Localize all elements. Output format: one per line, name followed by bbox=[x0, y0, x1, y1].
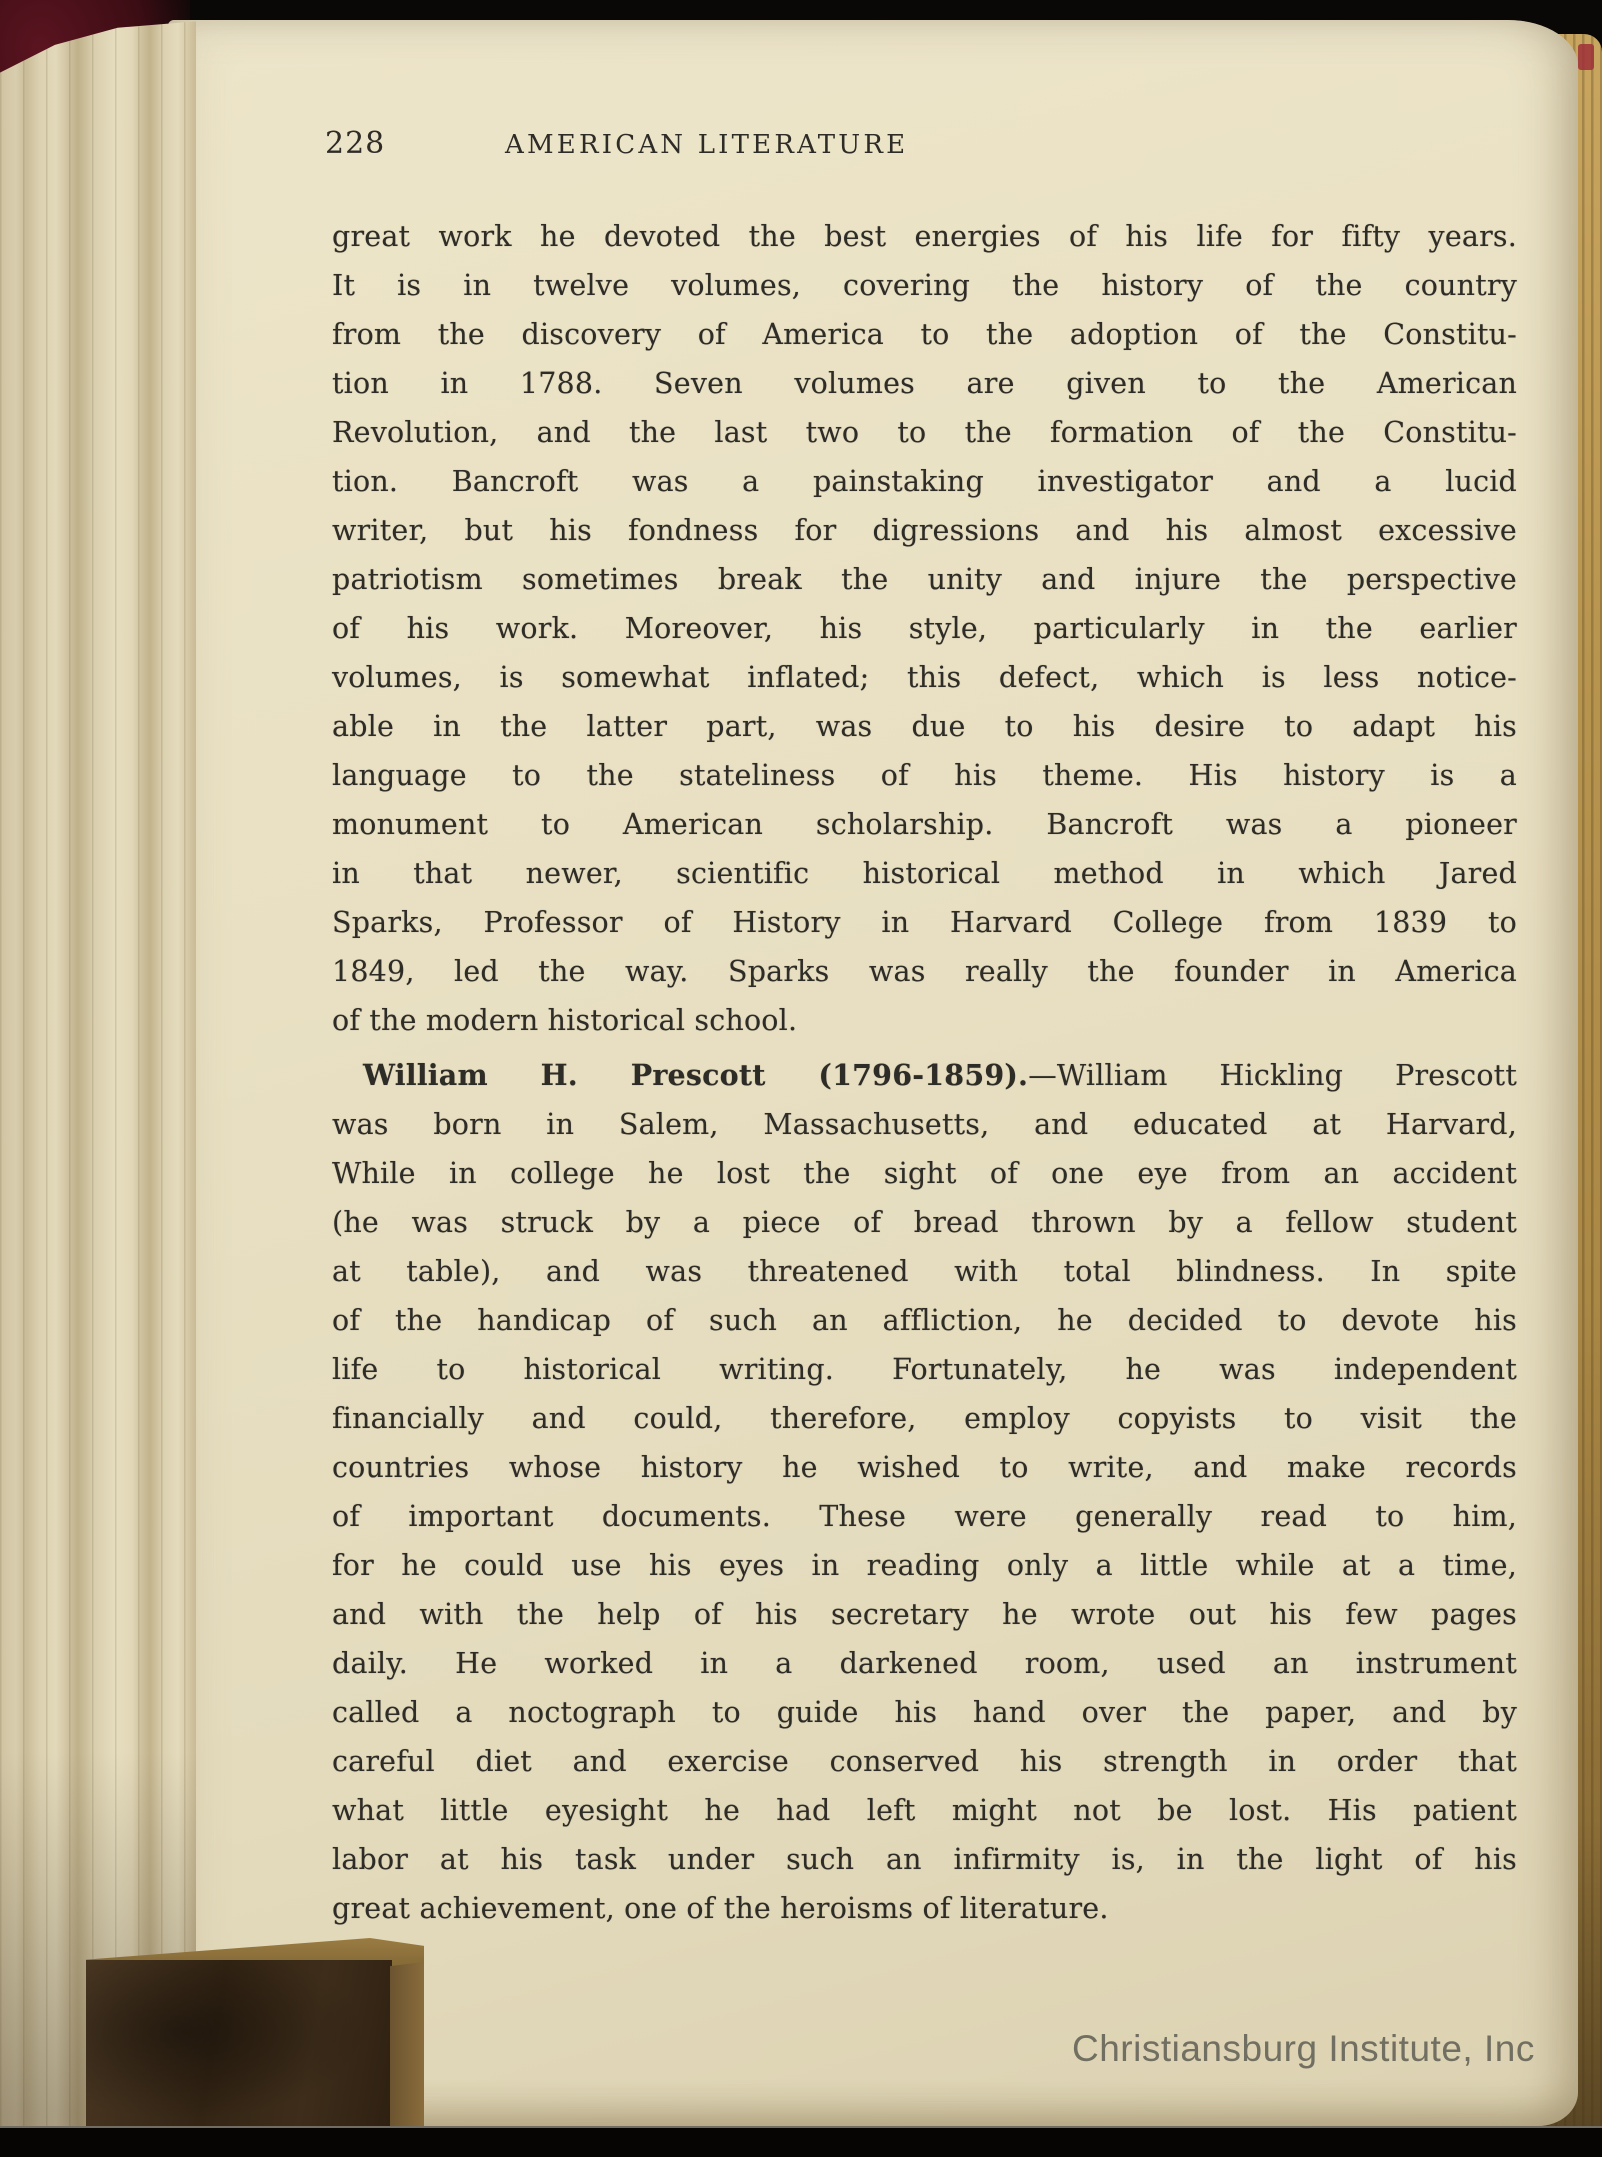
text-line: labor at his task under such an infirmit… bbox=[332, 1835, 1517, 1884]
text-line: for he could use his eyes in reading onl… bbox=[332, 1541, 1517, 1590]
text-line: It is in twelve volumes, covering the hi… bbox=[332, 261, 1517, 310]
text-line: of his work. Moreover, his style, partic… bbox=[332, 604, 1517, 653]
text-line: called a noctograph to guide his hand ov… bbox=[332, 1688, 1517, 1737]
watermark-text: Christiansburg Institute, Inc bbox=[1072, 2028, 1535, 2070]
text-line: great achievement, one of the heroisms o… bbox=[332, 1884, 1517, 1933]
text-line: volumes, is somewhat inflated; this defe… bbox=[332, 653, 1517, 702]
text-line: daily. He worked in a darkened room, use… bbox=[332, 1639, 1517, 1688]
book-page: 228 AMERICAN LITERATURE great work he de… bbox=[168, 20, 1578, 2126]
text-line: in that newer, scientific historical met… bbox=[332, 849, 1517, 898]
paragraph: William H. Prescott (1796-1859).—William… bbox=[332, 1051, 1517, 1933]
text-line: financially and could, therefore, employ… bbox=[332, 1394, 1517, 1443]
left-page-edges bbox=[0, 0, 196, 2136]
text-line: and with the help of his secretary he wr… bbox=[332, 1590, 1517, 1639]
book-photo: 228 AMERICAN LITERATURE great work he de… bbox=[0, 0, 1602, 2157]
text-line: able in the latter part, was due to his … bbox=[332, 702, 1517, 751]
text-line: While in college he lost the sight of on… bbox=[332, 1149, 1517, 1198]
text-line: careful diet and exercise conserved his … bbox=[332, 1737, 1517, 1786]
text-line: Revolution, and the last two to the form… bbox=[332, 408, 1517, 457]
text-line: language to the stateliness of his theme… bbox=[332, 751, 1517, 800]
text-line: great work he devoted the best energies … bbox=[332, 212, 1517, 261]
wooden-block-side-face bbox=[390, 1962, 424, 2136]
text-line: what little eyesight he had left might n… bbox=[332, 1786, 1517, 1835]
wooden-block bbox=[86, 1938, 424, 2132]
page-title: AMERICAN LITERATURE bbox=[505, 128, 908, 162]
text-line: of the modern historical school. bbox=[332, 996, 1517, 1045]
paragraph: great work he devoted the best energies … bbox=[332, 212, 1517, 1045]
text-line: was born in Salem, Massachusetts, and ed… bbox=[332, 1100, 1517, 1149]
text-line: writer, but his fondness for digressions… bbox=[332, 506, 1517, 555]
text-line: Sparks, Professor of History in Harvard … bbox=[332, 898, 1517, 947]
text-line: at table), and was threatened with total… bbox=[332, 1247, 1517, 1296]
page-text: great work he devoted the best energies … bbox=[332, 212, 1517, 1933]
table-edge bbox=[0, 2126, 1602, 2157]
page-number: 228 bbox=[325, 126, 385, 162]
text-line: (he was struck by a piece of bread throw… bbox=[332, 1198, 1517, 1247]
text-line: monument to American scholarship. Bancro… bbox=[332, 800, 1517, 849]
text-line: life to historical writing. Fortunately,… bbox=[332, 1345, 1517, 1394]
bookmark-ribbon bbox=[1578, 44, 1594, 70]
text-line: of the handicap of such an affliction, h… bbox=[332, 1296, 1517, 1345]
text-line: 1849, led the way. Sparks was really the… bbox=[332, 947, 1517, 996]
text-line: tion. Bancroft was a painstaking investi… bbox=[332, 457, 1517, 506]
wooden-block-front-face bbox=[86, 1960, 392, 2132]
text-line: William H. Prescott (1796-1859).—William… bbox=[332, 1051, 1517, 1100]
text-line: tion in 1788. Seven volumes are given to… bbox=[332, 359, 1517, 408]
text-line: countries whose history he wished to wri… bbox=[332, 1443, 1517, 1492]
text-line: patriotism sometimes break the unity and… bbox=[332, 555, 1517, 604]
text-line: from the discovery of America to the ado… bbox=[332, 310, 1517, 359]
text-line: of important documents. These were gener… bbox=[332, 1492, 1517, 1541]
